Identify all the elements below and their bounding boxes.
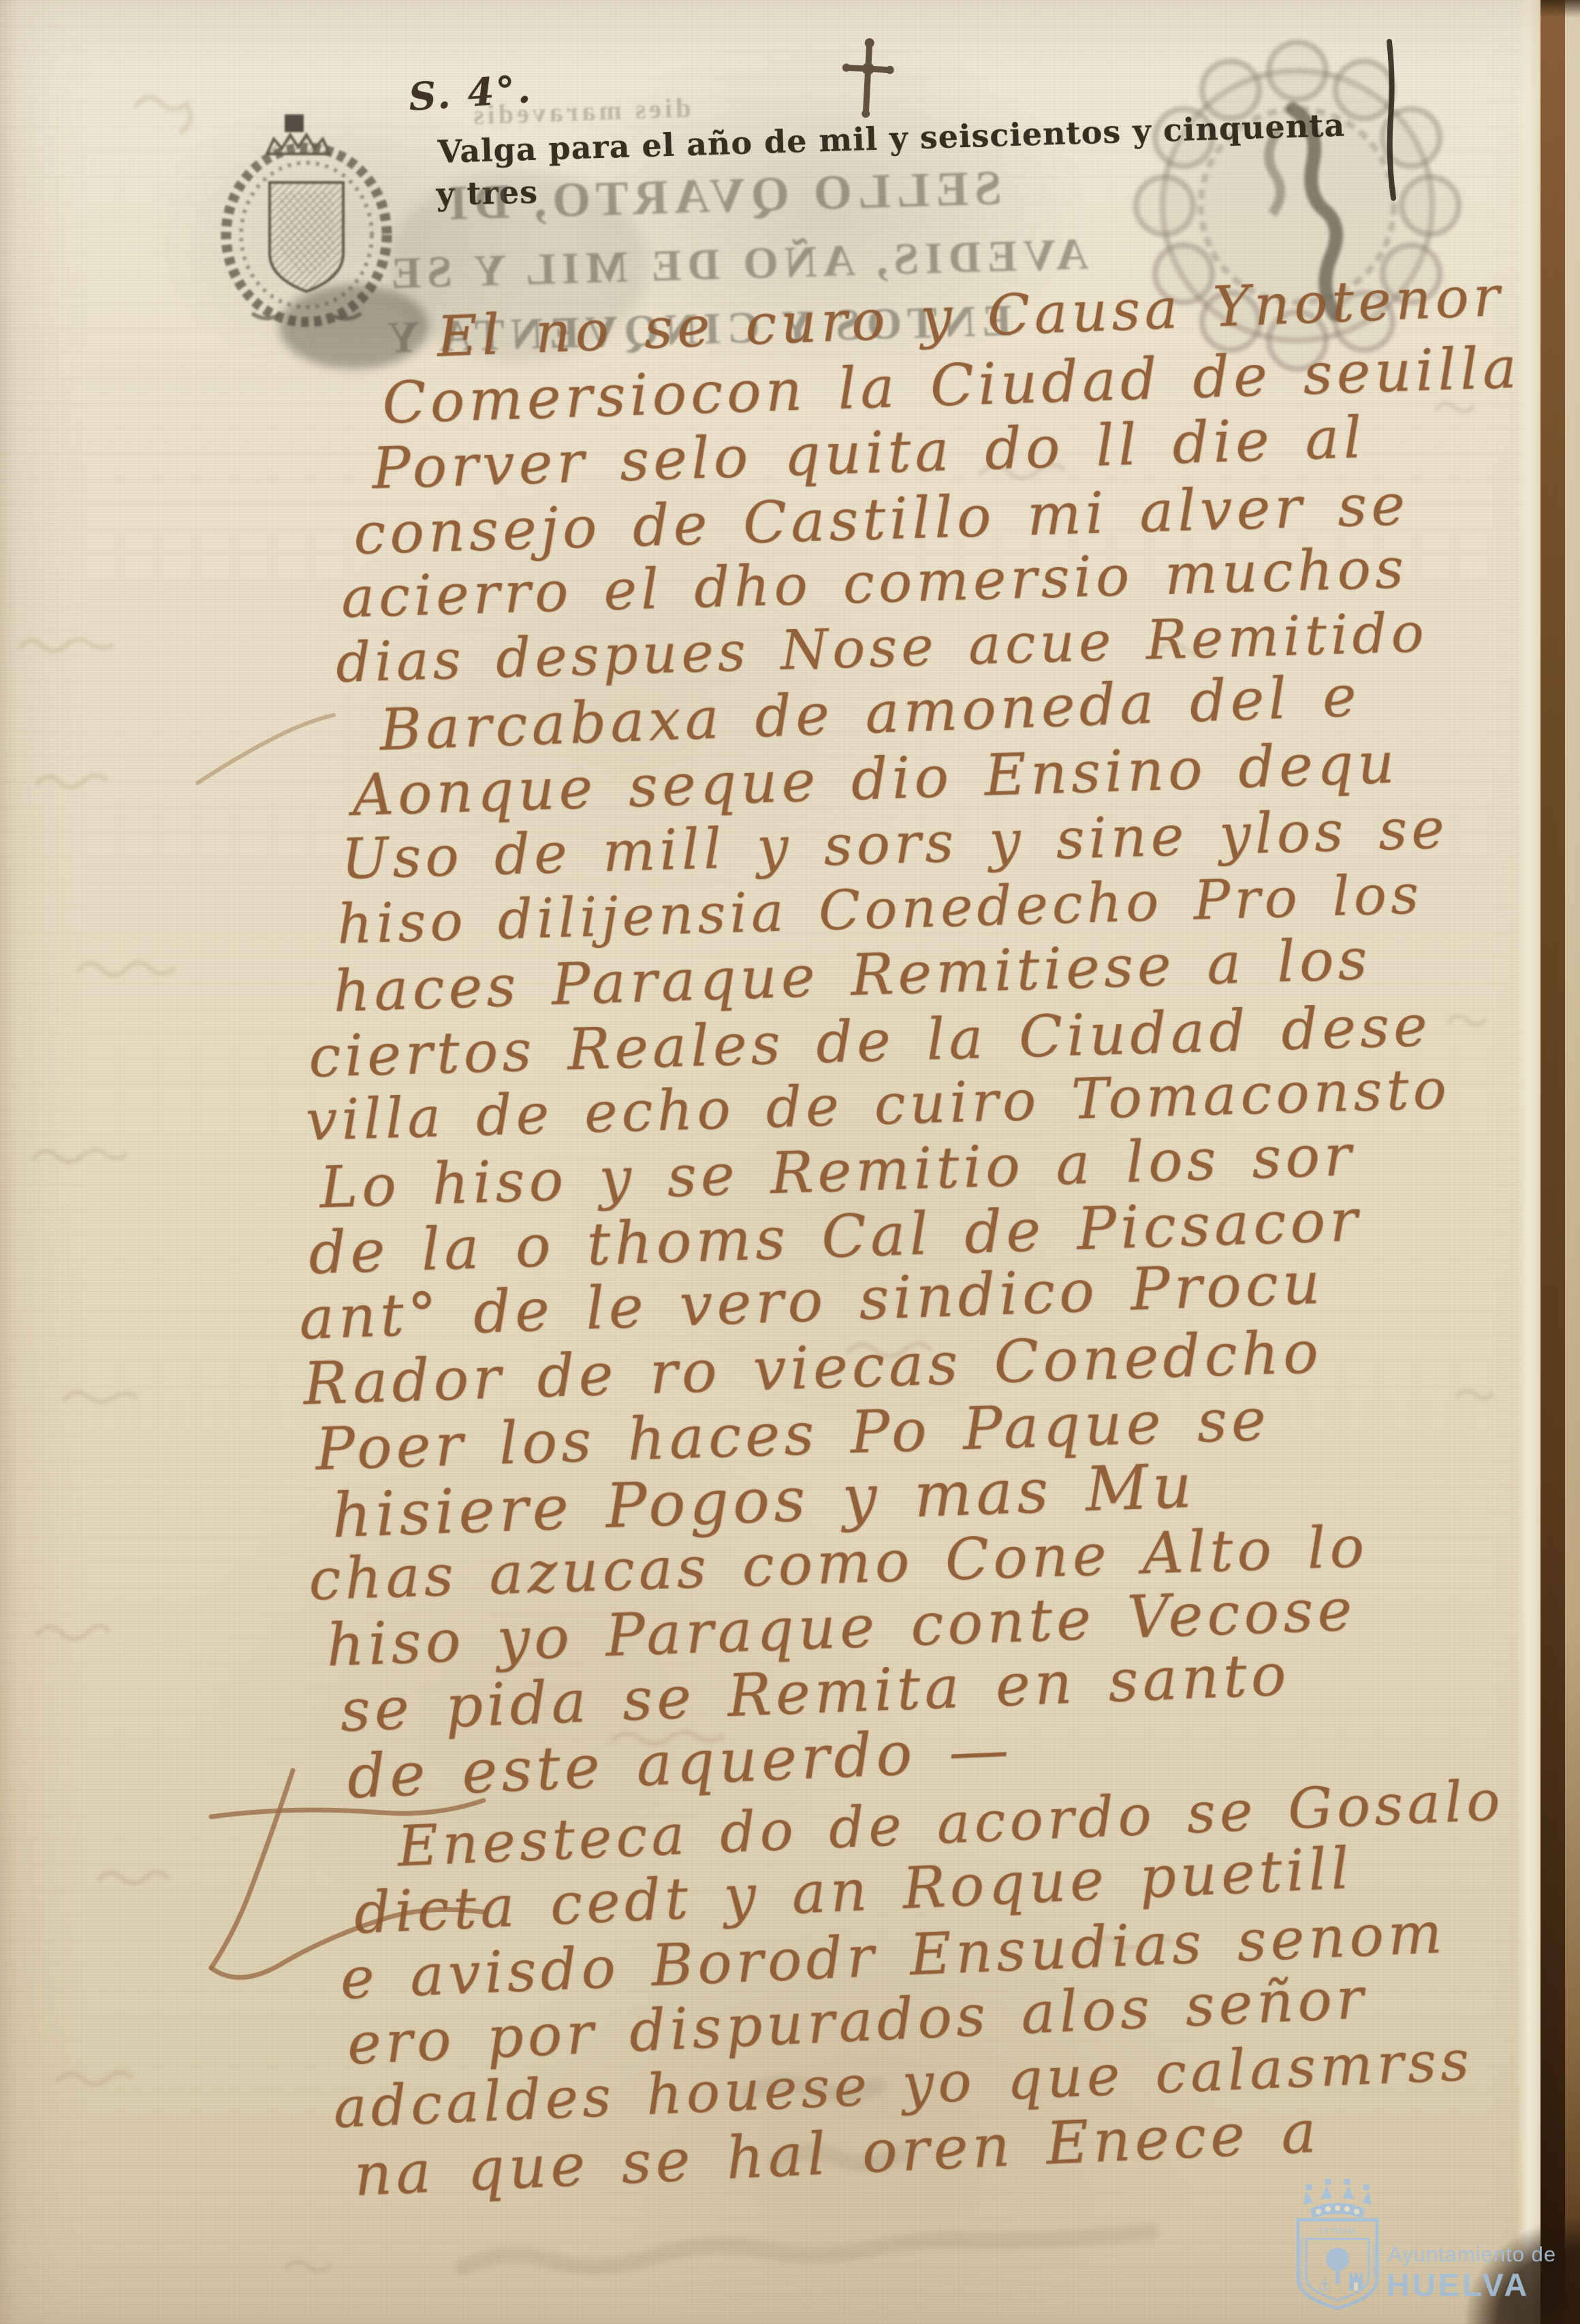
- shield-motto-right: CUSTODIA: [1371, 2245, 1378, 2276]
- facing-page-sliver: [1565, 0, 1580, 2324]
- tree-trunk: [1336, 2269, 1340, 2284]
- anchor-icon: ⚓: [1317, 2276, 1332, 2295]
- shield-motto-top: ET TERRA: [1319, 2227, 1357, 2235]
- crown: [1303, 2178, 1372, 2218]
- shield-motto-left: PORTUS MARIS: [1298, 2238, 1305, 2284]
- watermark-city-name: HUELVA: [1387, 2266, 1530, 2304]
- marginal-paraph: [191, 1743, 504, 2029]
- binding-shadow-top: [1540, 0, 1580, 18]
- manuscript-page-scan: S. 4°. Valga para el año de mil y seisci…: [0, 0, 1580, 2324]
- tree-canopy: [1326, 2248, 1349, 2271]
- binding-gutter: [1540, 0, 1566, 2324]
- tower-icon: [1349, 2273, 1363, 2291]
- watermark-org-name: Ayuntamiento de: [1388, 2242, 1556, 2267]
- marginal-mark: [191, 701, 341, 797]
- page-edge-highlight: [1516, 0, 1543, 2324]
